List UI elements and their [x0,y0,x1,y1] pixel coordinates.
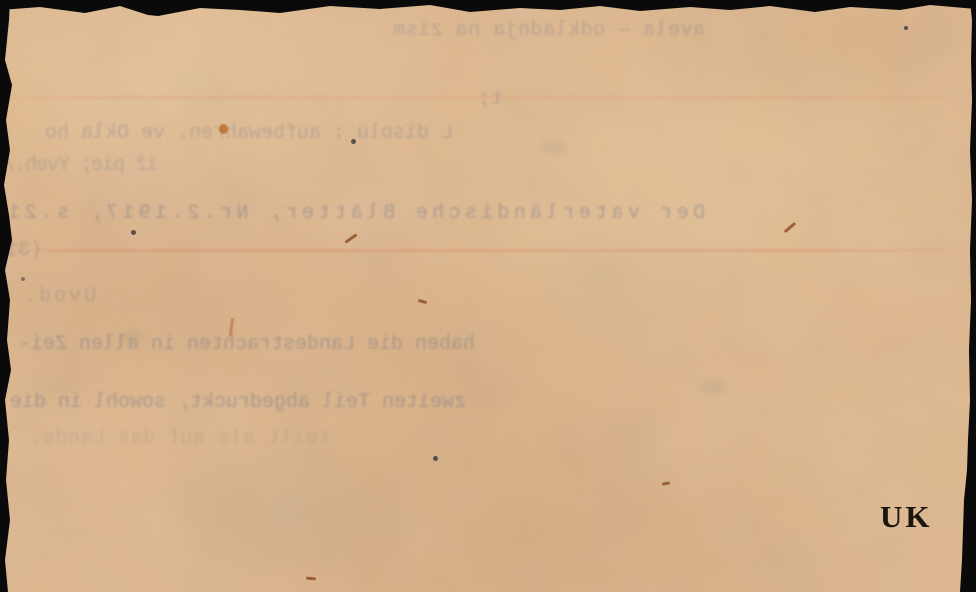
scan-edges [0,0,976,592]
scanned-card: avela — odkladnja na zism t; L disolü : … [0,0,976,592]
